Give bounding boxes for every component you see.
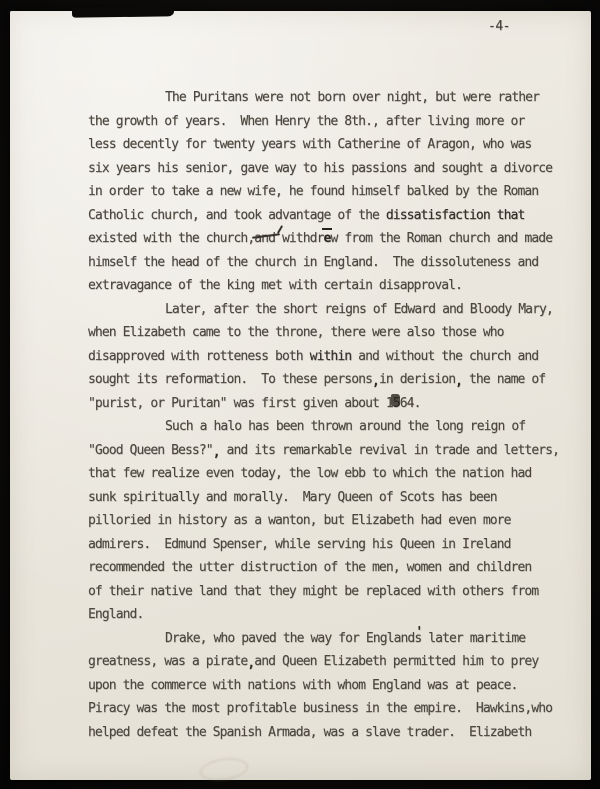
typed-segment: upon the commerce with nations with whom… <box>88 678 517 693</box>
typed-segment: of their native land that they might be … <box>88 584 538 599</box>
typed-segment: Piracy was the most profitable business … <box>88 701 552 716</box>
typed-line: helped defeat the Spanish Armada, was a … <box>88 721 578 745</box>
typed-line: himself the head of the church in Englan… <box>88 251 578 275</box>
typed-line: The Puritans were not born over night, b… <box>88 86 578 110</box>
typed-segment: the growth of years. When Henry the 8th.… <box>88 114 524 129</box>
typed-line: existed with the church,and withdrew fro… <box>88 227 578 251</box>
typed-segment: s later maritime <box>414 631 525 646</box>
typed-segment-dark: dissatisfaction that <box>386 208 525 223</box>
typed-line: pilloried in history as a wanton, but El… <box>88 509 578 533</box>
typed-line: "Good Queen Bess?", and its remarkable r… <box>88 439 578 463</box>
typed-segment-over: e <box>324 227 331 251</box>
typed-segment-inserted: , <box>372 370 379 394</box>
typed-segment: pilloried in history as a wanton, but El… <box>88 513 511 528</box>
typed-line: the growth of years. When Henry the 8th.… <box>88 110 578 134</box>
typed-line: "purist, or Puritan" was first given abo… <box>88 392 578 416</box>
typed-segment: "purist, or Puritan" was first given abo… <box>88 396 393 411</box>
torn-edge-notch <box>72 6 174 17</box>
typed-line: Drake, who paved the way for England's l… <box>88 627 578 651</box>
typed-segment: and Queen Elizabeth permitted him to pre… <box>254 654 538 669</box>
typed-segment-dark: within <box>310 349 352 364</box>
typed-segment: in order to take a new wife, he found hi… <box>88 184 538 199</box>
typed-lines: The Puritans were not born over night, b… <box>88 86 578 744</box>
typed-segment: six years his senior, gave way to his pa… <box>88 161 552 176</box>
typed-segment: admirers. Edmund Spenser, while serving … <box>88 537 511 552</box>
typed-segment: withdr <box>275 231 324 246</box>
typed-line: less decently for twenty years with Cath… <box>88 133 578 157</box>
typed-line: disapproved with rotteness both within a… <box>88 345 578 369</box>
typed-segment: w from the Roman church and made <box>330 231 552 246</box>
typed-line: recommended the utter distruction of the… <box>88 556 578 580</box>
typed-segment-inserted: , <box>247 652 254 676</box>
typed-line: upon the commerce with nations with whom… <box>88 674 578 698</box>
typed-segment: when Elizabeth came to the throne, there… <box>88 325 504 340</box>
typed-segment: himself the head of the church in Englan… <box>88 255 538 270</box>
typed-line: Later, after the short reigns of Edward … <box>88 298 578 322</box>
typed-segment: 64. <box>400 396 421 411</box>
typed-segment: "Good Queen Bess?" <box>88 443 213 458</box>
typed-segment: the name of <box>462 372 545 387</box>
typed-segment: disapproved with rotteness both <box>88 349 310 364</box>
typed-segment: Later, after the short reigns of Edward … <box>165 302 553 317</box>
typed-segment: Such a halo has been thrown around the l… <box>165 419 525 434</box>
typed-line: that few realize even today, the low ebb… <box>88 462 578 486</box>
typed-line: six years his senior, gave way to his pa… <box>88 157 578 181</box>
typed-segment: sunk spiritually and morally. Mary Queen… <box>88 490 497 505</box>
typed-line: Catholic church, and took advantage of t… <box>88 204 578 228</box>
typed-line: when Elizabeth came to the throne, there… <box>88 321 578 345</box>
typed-segment-inserted: , <box>213 441 220 465</box>
typed-segment-blotch: 5 <box>393 392 400 416</box>
typed-segment: extravagance of the king met with certai… <box>88 278 462 293</box>
typed-line: sunk spiritually and morally. Mary Queen… <box>88 486 578 510</box>
typed-segment: existed with the church, <box>88 231 254 246</box>
typed-line: greatness, was a pirate,and Queen Elizab… <box>88 650 578 674</box>
typed-segment-inserted: , <box>455 370 462 394</box>
typed-line: of their native land that they might be … <box>88 580 578 604</box>
typed-segment: recommended the utter distruction of the… <box>88 560 531 575</box>
typed-segment: Drake, who paved the way for England <box>165 631 414 646</box>
typed-line: in order to take a new wife, he found hi… <box>88 180 578 204</box>
typed-segment: greatness, was a pirate <box>88 654 247 669</box>
typed-line: Piracy was the most profitable business … <box>88 697 578 721</box>
photo-background: -4- The Puritans were not born over nigh… <box>0 0 600 789</box>
page-number: -4- <box>488 15 510 39</box>
typed-line: admirers. Edmund Spenser, while serving … <box>88 533 578 557</box>
typed-segment: less decently for twenty years with Cath… <box>88 137 531 152</box>
typed-segment: and without the church and <box>351 349 538 364</box>
typed-segment: in derision <box>379 372 455 387</box>
typed-segment: that few realize even today, the low ebb… <box>88 466 531 481</box>
typed-line: Such a halo has been thrown around the l… <box>88 415 578 439</box>
typed-segment: helped defeat the Spanish Armada, was a … <box>88 725 531 740</box>
typed-segment: The Puritans were not born over night, b… <box>165 90 539 105</box>
typed-line: England. <box>88 603 578 627</box>
typed-segment: and its remarkable revival in trade and … <box>220 443 559 458</box>
typed-segment: England. <box>88 607 143 622</box>
typed-line: extravagance of the king met with certai… <box>88 274 578 298</box>
typed-segment: Catholic church, and took advantage of t… <box>88 208 386 223</box>
smudge-stain <box>199 756 249 783</box>
typed-line: sought its reformation. To these persons… <box>88 368 578 392</box>
typed-segment: sought its reformation. To these persons <box>88 372 372 387</box>
document-page: -4- The Puritans were not born over nigh… <box>10 11 591 780</box>
typed-segment-strike: and <box>254 227 275 251</box>
